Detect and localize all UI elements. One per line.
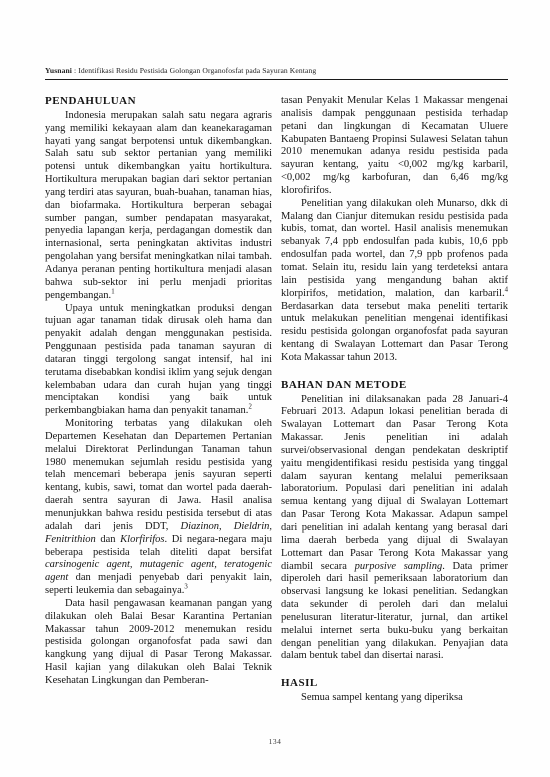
- paragraph: Semua sampel kentang yang diperiksa: [281, 692, 508, 705]
- article-body: PENDAHULUANIndonesia merupakan salah sat…: [45, 95, 508, 705]
- running-header: Yusnani : Identifikasi Residu Pestisida …: [45, 66, 508, 80]
- section-heading: BAHAN DAN METODE: [281, 379, 508, 392]
- paragraph: tasan Penyakit Menular Kelas 1 Makassar …: [281, 95, 508, 198]
- page-number: 134: [0, 737, 550, 746]
- header-article-title: Identifikasi Residu Pestisida Golongan O…: [78, 66, 316, 75]
- paragraph: Indonesia merupakan salah satu negara ag…: [45, 110, 272, 303]
- paragraph: Upaya untuk meningkatkan produksi dengan…: [45, 303, 272, 419]
- right-column: tasan Penyakit Menular Kelas 1 Makassar …: [281, 95, 508, 705]
- document-page: Yusnani : Identifikasi Residu Pestisida …: [0, 0, 550, 777]
- paragraph: Data hasil pengawasan keamanan pangan ya…: [45, 598, 272, 688]
- header-author: Yusnani: [45, 66, 72, 75]
- paragraph: Penelitian yang dilakukan oleh Munarso, …: [281, 198, 508, 365]
- section-heading: HASIL: [281, 677, 508, 690]
- section-heading: PENDAHULUAN: [45, 95, 272, 108]
- paragraph: Monitoring terbatas yang dilakukan oleh …: [45, 418, 272, 598]
- left-column: PENDAHULUANIndonesia merupakan salah sat…: [45, 95, 272, 705]
- paragraph: Penelitian ini dilaksanakan pada 28 Janu…: [281, 394, 508, 664]
